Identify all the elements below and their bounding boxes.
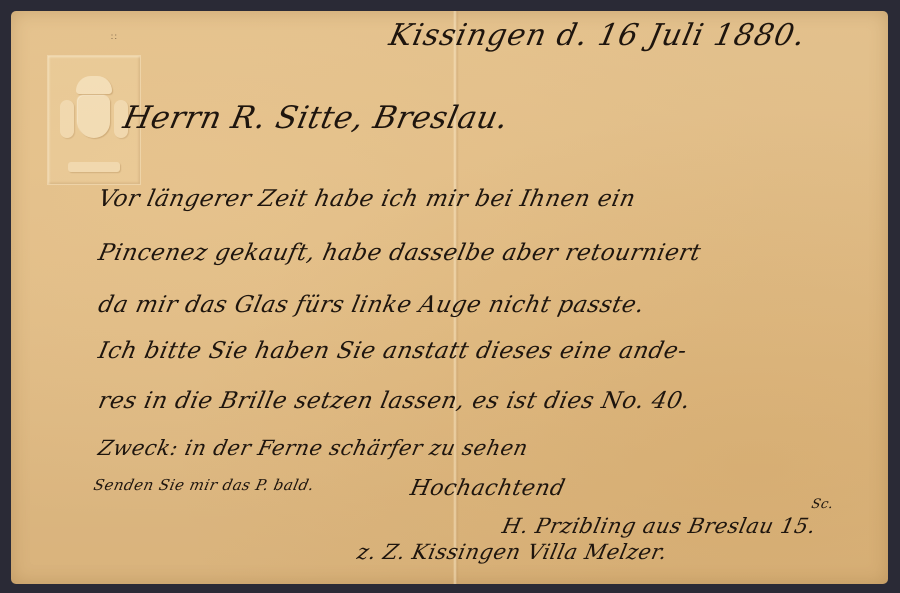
sender-address: z. Z. Kissingen Villa Melzer. <box>355 540 670 564</box>
body-line-5: res in die Brille setzen lassen, es ist … <box>96 388 693 414</box>
place-date: Kissingen d. 16 Juli 1880. <box>386 18 809 53</box>
stamp-value-emboss <box>68 162 120 172</box>
left-supporter-emboss <box>60 100 74 138</box>
ink-marks: ∷ <box>111 33 117 43</box>
addressee: Herrn R. Sitte, Breslau. <box>120 100 512 136</box>
body-line-2: Pincenez gekauft, habe dasselbe aber ret… <box>96 240 703 266</box>
body-line-1: Vor längerer Zeit habe ich mir bei Ihnen… <box>96 186 638 212</box>
body-line-4: Ich bitte Sie haben Sie anstatt dieses e… <box>96 338 689 364</box>
signature-superscript: Sc. <box>810 497 835 512</box>
body-line-6: Zweck: in der Ferne schärfer zu sehen <box>96 436 530 460</box>
shield-emboss <box>78 96 110 138</box>
signature-name: H. Przibling aus Breslau <box>500 514 776 538</box>
signature: H. Przibling aus Breslau 15. <box>500 514 818 538</box>
body-line-3: da mir das Glas fürs linke Auge nicht pa… <box>96 292 647 318</box>
signature-number: 15. <box>778 514 818 538</box>
crown-emboss <box>76 76 112 94</box>
closing: Hochachtend <box>408 476 567 501</box>
postscript: Senden Sie mir das P. bald. <box>92 476 316 494</box>
